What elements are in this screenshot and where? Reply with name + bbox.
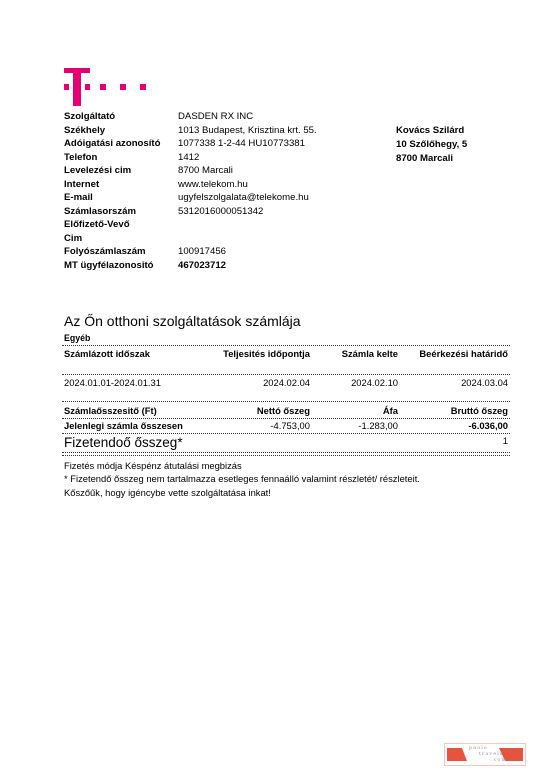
info-label: Folyószámlaszám <box>64 245 179 259</box>
info-value: 1013 Budapest, Krisztina krt. 55. <box>178 124 317 138</box>
payable-value: 1 <box>503 434 508 448</box>
fulfillment-date: 2024.02.04 <box>263 376 310 390</box>
header-due-date: Beérkezési határidő <box>419 347 508 361</box>
info-value: DASDEN RX INC <box>178 110 253 124</box>
info-label: Előfizető-Vevő <box>64 218 179 232</box>
invoice-title: Az Őn otthoni szolgáltatások számlája <box>64 313 301 329</box>
recipient-name: Kovács Szilárd <box>396 124 467 138</box>
header-billing-period: Számlázott időszak <box>64 347 150 361</box>
invoice-date: 2024.02.10 <box>351 376 398 390</box>
telekom-logo-icon <box>64 68 148 108</box>
divider <box>62 401 510 402</box>
info-label: Adóigatási azonosító <box>64 137 179 151</box>
info-value: 8700 Marcali <box>178 164 233 178</box>
header-summary: Számlaősszesitő (Ft) <box>64 404 157 418</box>
info-value: 467023712 <box>178 259 226 273</box>
info-label: MT ügyfélazonositó <box>64 259 179 273</box>
info-label: Internet <box>64 178 179 192</box>
vat-amount: -1.283,00 <box>358 419 398 433</box>
payable-row: Fizetendoő ősszeg* 1 <box>64 434 508 452</box>
info-value: 1077338 1-2-44 HU10773381 <box>178 137 305 151</box>
info-label: Számlasorszám <box>64 205 179 219</box>
divider <box>62 345 510 346</box>
info-value: ugyfelszolgalata@telekome.hu <box>178 191 309 205</box>
watermark-text-3: .com <box>469 757 507 763</box>
summary-row: Jelenlegi számla ősszesen -4.753,00 -1.2… <box>64 419 508 433</box>
info-value: 1412 <box>178 151 199 165</box>
payable-disclaimer-note: * Fizetendő ősszeg nem tartalmazza esetl… <box>64 472 420 485</box>
info-value: 5312016000051342 <box>178 205 263 219</box>
summary-header-row: Számlaősszesitő (Ft) Nettó őszeg Áfa Bru… <box>64 404 508 418</box>
info-label: Telefon <box>64 151 179 165</box>
summary-label: Jelenlegi számla ősszesen <box>64 419 183 433</box>
header-gross: Bruttó őszeg <box>451 404 508 418</box>
info-label: E-mail <box>64 191 179 205</box>
header-fulfillment-date: Teljesités időpontja <box>223 347 310 361</box>
divider <box>62 374 510 375</box>
net-amount: -4.753,00 <box>270 419 310 433</box>
watermark-logo: paolo travels .com <box>444 743 526 766</box>
recipient-address: Kovács Szilárd 10 Szőlőhegy, 5 8700 Marc… <box>396 124 467 166</box>
header-net: Nettó őszeg <box>257 404 310 418</box>
billing-period: 2024.01.01-2024.01.31 <box>64 376 161 390</box>
due-date: 2024.03.04 <box>461 376 508 390</box>
payment-method-note: Fizetés módja Késpénz átutalási megbizás <box>64 459 242 472</box>
invoice-category: Egyéb <box>64 333 90 343</box>
info-label: Székhely <box>64 124 179 138</box>
divider <box>62 452 510 453</box>
info-value: 100917456 <box>178 245 226 259</box>
header-invoice-date: Számla kelte <box>342 347 398 361</box>
info-label: Levelezési cim <box>64 164 179 178</box>
gross-amount: -6.036,00 <box>468 419 508 433</box>
period-values-row: 2024.01.01-2024.01.31 2024.02.04 2024.02… <box>64 376 508 390</box>
info-label: Cim <box>64 232 179 246</box>
recipient-address-line1: 10 Szőlőhegy, 5 <box>396 138 467 152</box>
divider <box>62 455 510 456</box>
payable-label: Fizetendoő ősszeg* <box>64 434 183 452</box>
thank-you-note: Kőszőűk, hogy igéncybe vette szolgáltatá… <box>64 486 271 499</box>
recipient-address-line2: 8700 Marcali <box>396 152 467 166</box>
period-header-row: Számlázott időszak Teljesités időpontja … <box>64 347 508 361</box>
info-label: Szolgáltató <box>64 110 179 124</box>
info-value: www.telekom.hu <box>178 178 248 192</box>
header-vat: Áfa <box>383 404 398 418</box>
